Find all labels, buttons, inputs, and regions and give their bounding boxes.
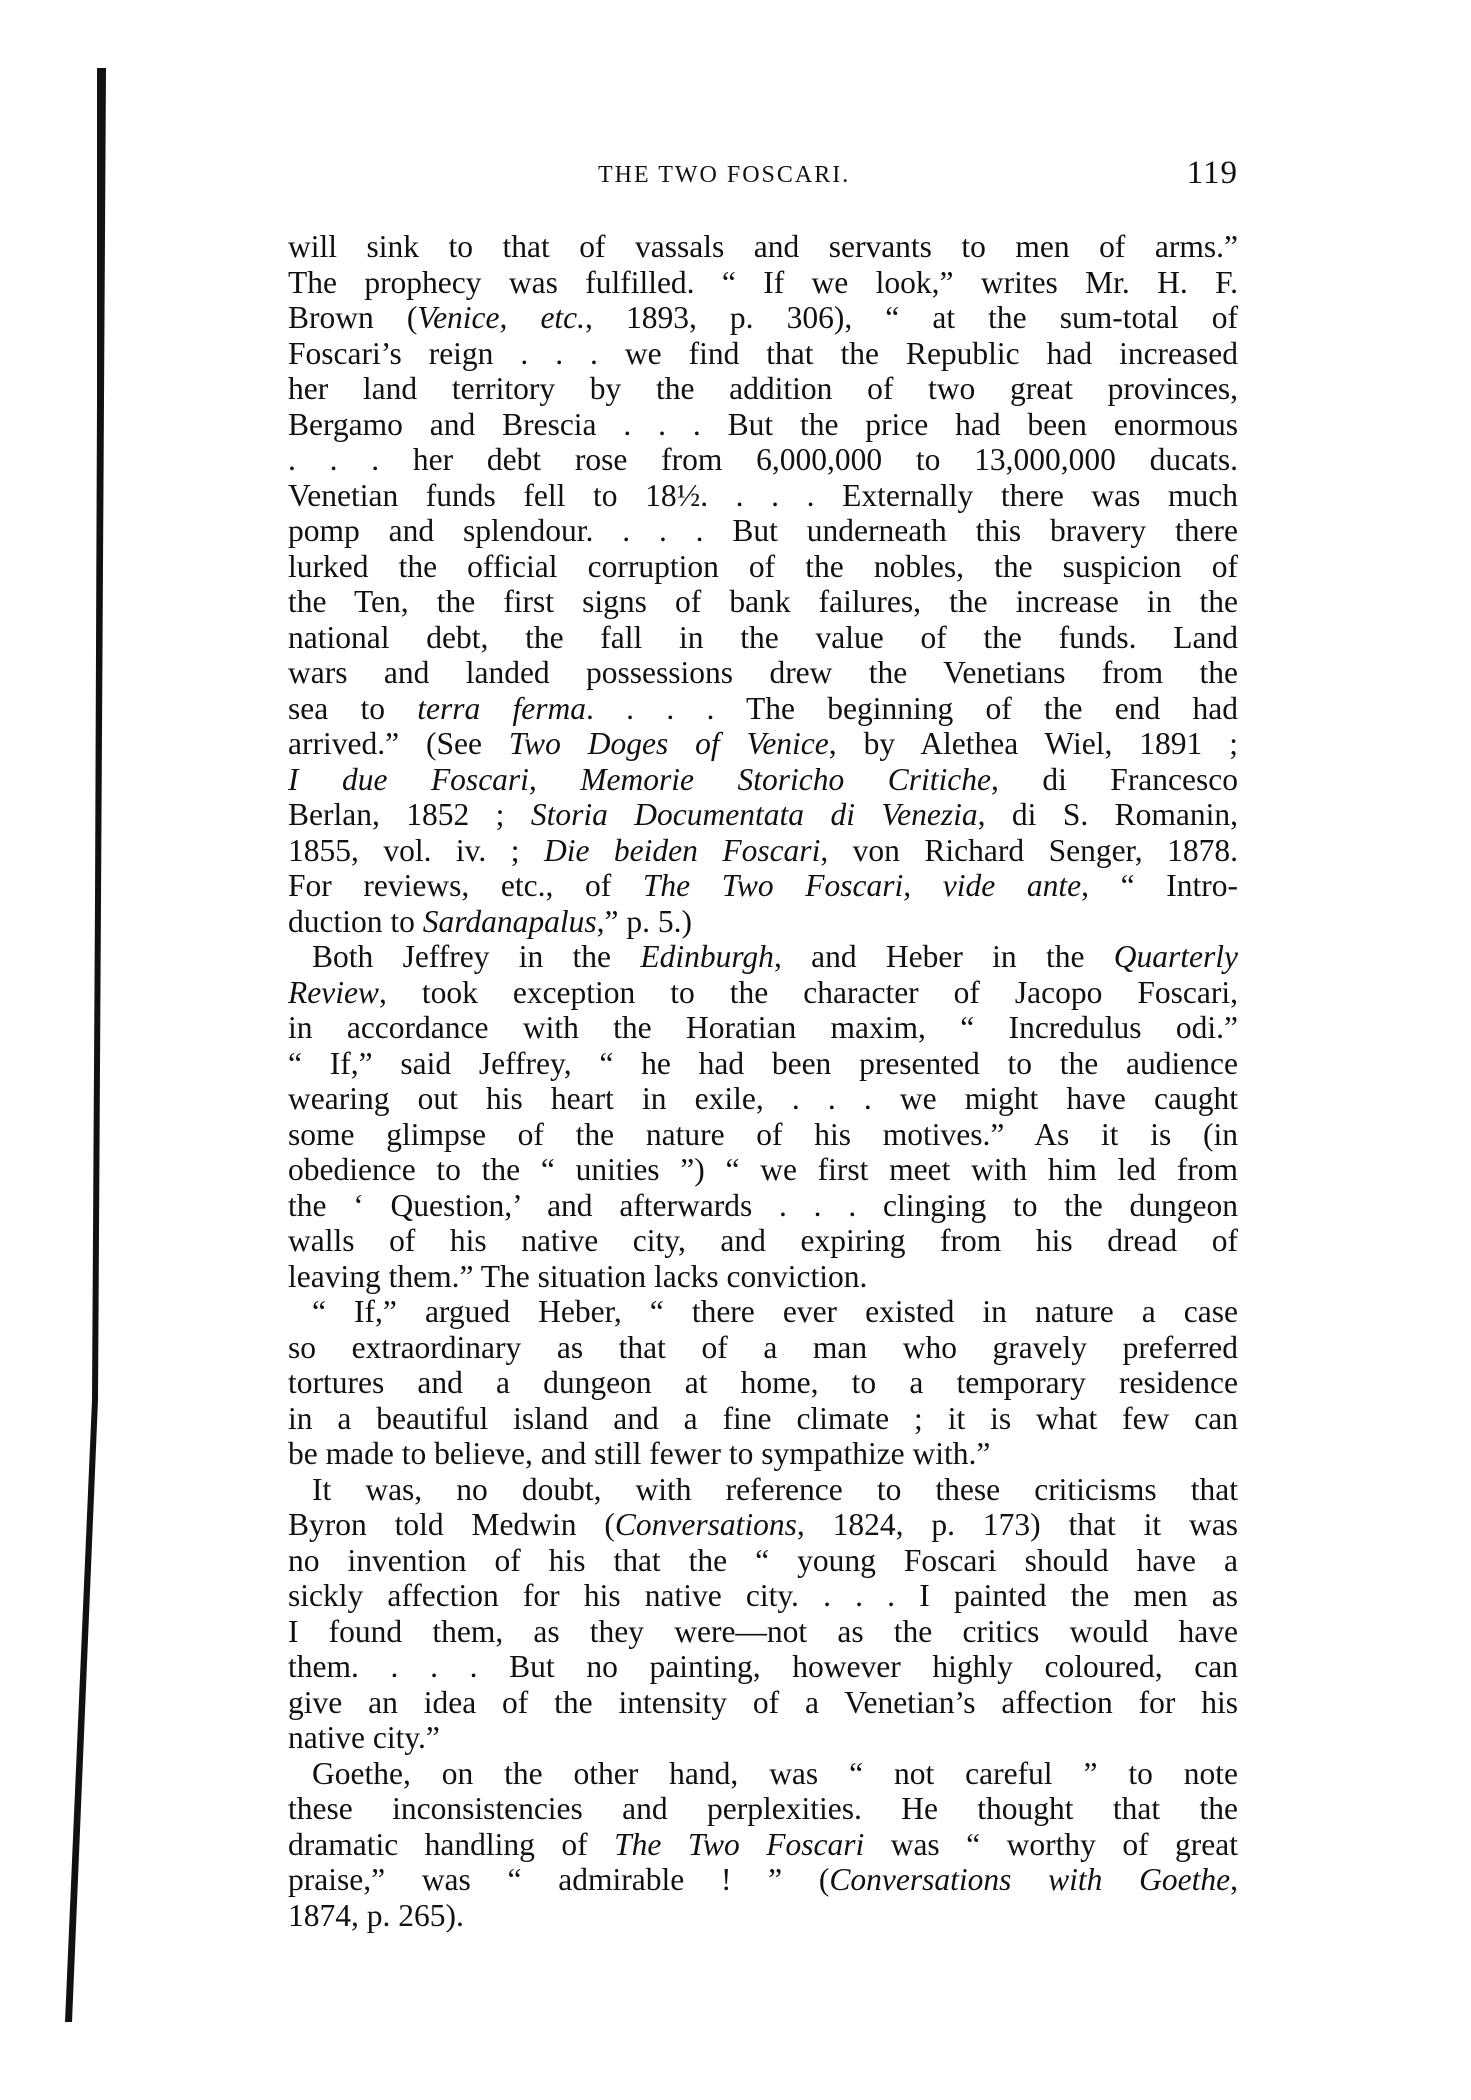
body-text-segment: wars and landed possessions drew the Ven…	[288, 655, 1238, 690]
text-line: “ If,” argued Heber, “ there ever existe…	[288, 1294, 1238, 1330]
body-text-segment: these inconsistencies and perplexities. …	[288, 1791, 1238, 1826]
text-line: “ If,” said Jeffrey, “ he had been prese…	[288, 1046, 1238, 1082]
text-line: It was, no doubt, with reference to thes…	[288, 1472, 1238, 1508]
body-text-segment: . . . her debt rose from 6,000,000 to 13…	[288, 442, 1238, 477]
text-line: obedience to the “ unities ”) “ we first…	[288, 1152, 1238, 1188]
text-line: 1855, vol. iv. ; Die beiden Foscari, von…	[288, 833, 1238, 869]
text-line: duction to Sardanapalus,” p. 5.)	[288, 904, 1238, 940]
body-text-segment: some glimpse of the nature of his motive…	[288, 1117, 1238, 1152]
text-line: walls of his native city, and expiring f…	[288, 1223, 1238, 1259]
body-text-segment: I found them, as they were—not as the cr…	[288, 1614, 1238, 1649]
text-line: national debt, the fall in the value of …	[288, 620, 1238, 656]
body-text-segment: , di Francesco	[991, 762, 1238, 797]
italic-title-text: Conversations with Goethe	[829, 1862, 1230, 1897]
text-line: pomp and splendour. . . . But underneath…	[288, 513, 1238, 549]
text-line: the Ten, the first signs of bank failure…	[288, 584, 1238, 620]
text-line: some glimpse of the nature of his motive…	[288, 1117, 1238, 1153]
text-line: these inconsistencies and perplexities. …	[288, 1791, 1238, 1827]
text-line: For reviews, etc., of The Two Foscari, v…	[288, 868, 1238, 904]
text-line: in a beautiful island and a fine climate…	[288, 1401, 1238, 1437]
italic-title-text: Conversations	[615, 1507, 797, 1542]
text-line: the ‘ Question,’ and afterwards . . . cl…	[288, 1188, 1238, 1224]
body-text-segment: 1874, p. 265).	[288, 1898, 464, 1933]
body-text-segment: Bergamo and Brescia . . . But the price …	[288, 407, 1238, 442]
text-line: I due Foscari, Memorie Storicho Critiche…	[288, 762, 1238, 798]
body-text-segment: For reviews, etc., of	[288, 868, 643, 903]
text-line: no invention of his that the “ young Fos…	[288, 1543, 1238, 1579]
text-line: sickly affection for his native city. . …	[288, 1578, 1238, 1614]
running-title: THE TWO FOSCARI.	[598, 160, 850, 190]
body-text-segment: , von Richard Senger, 1878.	[820, 833, 1238, 868]
body-text: will sink to that of vassals and servant…	[288, 229, 1238, 1933]
body-text-segment: duction to	[288, 904, 423, 939]
text-line: her land territory by the addition of tw…	[288, 371, 1238, 407]
body-text-segment: pomp and splendour. . . . But underneath…	[288, 513, 1238, 548]
body-text-segment: arrived.” (See	[288, 726, 509, 761]
body-text-segment: , 1824, p. 173) that it was	[797, 1507, 1238, 1542]
italic-title-text: Venice, etc.	[417, 300, 585, 335]
text-line: them. . . . But no painting, however hig…	[288, 1649, 1238, 1685]
text-line: Brown (Venice, etc., 1893, p. 306), “ at…	[288, 300, 1238, 336]
body-text-segment: sickly affection for his native city. . …	[288, 1578, 1238, 1613]
body-text-segment: praise,” was “ admirable ! ” (	[288, 1862, 829, 1897]
text-line: Foscari’s reign . . . we find that the R…	[288, 336, 1238, 372]
italic-title-text: Die beiden Foscari	[544, 833, 820, 868]
text-line: Bergamo and Brescia . . . But the price …	[288, 407, 1238, 443]
body-text-segment: walls of his native city, and expiring f…	[288, 1223, 1238, 1258]
text-line: arrived.” (See Two Doges of Venice, by A…	[288, 726, 1238, 762]
body-text-segment: them. . . . But no painting, however hig…	[288, 1649, 1238, 1684]
text-line: wearing out his heart in exile, . . . we…	[288, 1081, 1238, 1117]
body-text-segment: , by Alethea Wiel, 1891 ;	[829, 726, 1238, 761]
body-text-segment: leaving them.” The situation lacks convi…	[288, 1259, 867, 1294]
body-text-segment: wearing out his heart in exile, . . . we…	[288, 1081, 1238, 1116]
body-text-segment: , “ Intro-	[1081, 868, 1238, 903]
text-line: give an idea of the intensity of a Venet…	[288, 1685, 1238, 1721]
body-text-segment: It was, no doubt, with reference to thes…	[312, 1472, 1238, 1507]
text-line: so extraordinary as that of a man who gr…	[288, 1330, 1238, 1366]
text-line: will sink to that of vassals and servant…	[288, 229, 1238, 265]
italic-title-text: Sardanapalus	[423, 904, 597, 939]
body-text-segment: Goethe, on the other hand, was “ not car…	[312, 1756, 1238, 1791]
body-text-segment: “ If,” said Jeffrey, “ he had been prese…	[288, 1046, 1238, 1081]
body-text-segment: in accordance with the Horatian maxim, “…	[288, 1010, 1238, 1045]
body-text-segment: Brown (	[288, 300, 417, 335]
body-text-segment: dramatic handling of	[288, 1827, 614, 1862]
italic-title-text: Quarterly	[1114, 939, 1238, 974]
text-line: Berlan, 1852 ; Storia Documentata di Ven…	[288, 797, 1238, 833]
body-text-segment: ,” p. 5.)	[597, 904, 692, 939]
body-text-segment: . . . . The beginning of the end had	[586, 691, 1238, 726]
body-text-segment: native city.”	[288, 1720, 440, 1755]
text-line: wars and landed possessions drew the Ven…	[288, 655, 1238, 691]
body-text-segment: lurked the official corruption of the no…	[288, 549, 1238, 584]
italic-title-text: I due Foscari, Memorie Storicho Critiche	[288, 762, 991, 797]
body-text-segment: the Ten, the first signs of bank failure…	[288, 584, 1238, 619]
body-text-segment: will sink to that of vassals and servant…	[288, 229, 1238, 264]
body-text-segment: obedience to the “ unities ”) “ we first…	[288, 1152, 1238, 1187]
text-line: sea to terra ferma. . . . The beginning …	[288, 691, 1238, 727]
body-text-segment: 1855, vol. iv. ;	[288, 833, 544, 868]
body-text-segment: so extraordinary as that of a man who gr…	[288, 1330, 1238, 1365]
text-line: I found them, as they were—not as the cr…	[288, 1614, 1238, 1650]
body-text-segment: the ‘ Question,’ and afterwards . . . cl…	[288, 1188, 1238, 1223]
text-line: praise,” was “ admirable ! ” (Conversati…	[288, 1862, 1238, 1898]
body-text-segment: The prophecy was fulfilled. “ If we look…	[288, 265, 1238, 300]
body-text-segment: “ If,” argued Heber, “ there ever existe…	[312, 1294, 1238, 1329]
text-line: Review, took exception to the character …	[288, 975, 1238, 1011]
text-line: Both Jeffrey in the Edinburgh, and Heber…	[288, 939, 1238, 975]
text-line: leaving them.” The situation lacks convi…	[288, 1259, 1238, 1295]
text-line: Goethe, on the other hand, was “ not car…	[288, 1756, 1238, 1792]
text-line: Byron told Medwin (Conversations, 1824, …	[288, 1507, 1238, 1543]
body-text-segment: be made to believe, and still fewer to s…	[288, 1436, 990, 1471]
body-text-segment: in a beautiful island and a fine climate…	[288, 1401, 1238, 1436]
body-text-segment: , 1893, p. 306), “ at the sum-total of	[585, 300, 1238, 335]
italic-title-text: The Two Foscari, vide ante	[643, 868, 1081, 903]
italic-title-text: Two Doges of Venice	[509, 726, 829, 761]
text-line: lurked the official corruption of the no…	[288, 549, 1238, 585]
body-text-segment: no invention of his that the “ young Fos…	[288, 1543, 1238, 1578]
body-text-segment: Foscari’s reign . . . we find that the R…	[288, 336, 1238, 371]
italic-title-text: Storia Documentata di Venezia	[531, 797, 978, 832]
text-line: in accordance with the Horatian maxim, “…	[288, 1010, 1238, 1046]
body-text-segment: national debt, the fall in the value of …	[288, 620, 1238, 655]
body-text-segment: was “ worthy of great	[864, 1827, 1238, 1862]
text-line: The prophecy was fulfilled. “ If we look…	[288, 265, 1238, 301]
body-text-segment: sea to	[288, 691, 417, 726]
page-number: 119	[1187, 156, 1238, 190]
italic-title-text: Edinburgh	[640, 939, 774, 974]
body-text-segment: tortures and a dungeon at home, to a tem…	[288, 1365, 1238, 1400]
body-text-segment: her land territory by the addition of tw…	[288, 371, 1238, 406]
text-line: . . . her debt rose from 6,000,000 to 13…	[288, 442, 1238, 478]
running-head: THE TWO FOSCARI. 119	[288, 160, 1238, 194]
body-text-segment: , di S. Romanin,	[978, 797, 1238, 832]
text-line: native city.”	[288, 1720, 1238, 1756]
body-text-segment: ,	[1230, 1862, 1238, 1897]
body-text-segment: , and Heber in the	[774, 939, 1114, 974]
body-text-segment: Byron told Medwin (	[288, 1507, 615, 1542]
body-text-segment: Venetian funds fell to 18½. . . . Extern…	[288, 478, 1238, 513]
text-line: dramatic handling of The Two Foscari was…	[288, 1827, 1238, 1863]
body-text-segment: Berlan, 1852 ;	[288, 797, 531, 832]
text-line: 1874, p. 265).	[288, 1898, 1238, 1934]
body-text-segment: give an idea of the intensity of a Venet…	[288, 1685, 1238, 1720]
text-line: tortures and a dungeon at home, to a tem…	[288, 1365, 1238, 1401]
italic-title-text: The Two Foscari	[614, 1827, 864, 1862]
body-text-segment: Both Jeffrey in the	[312, 939, 640, 974]
italic-title-text: terra ferma	[417, 691, 586, 726]
text-line: be made to believe, and still fewer to s…	[288, 1436, 1238, 1472]
text-line: Venetian funds fell to 18½. . . . Extern…	[288, 478, 1238, 514]
italic-title-text: Review	[288, 975, 379, 1010]
body-text-segment: , took exception to the character of Jac…	[379, 975, 1238, 1010]
